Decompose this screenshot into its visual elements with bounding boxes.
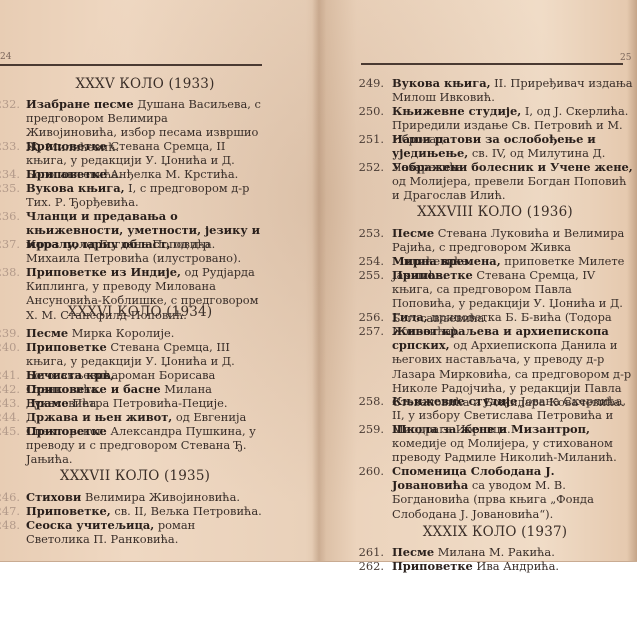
section-title: XXXV КОЛО (1933) [0, 76, 290, 92]
entry-title: Песме [392, 226, 434, 240]
list-item: 259. Школа за жене и Мизантроп, комедије… [362, 422, 634, 465]
entry-title: Песме [392, 545, 434, 559]
entry-number: 240. [0, 340, 20, 354]
entry-number: 261. [358, 545, 384, 559]
entry-title: Приповетке из Индије, [26, 265, 181, 279]
entry-number: 232. [0, 97, 20, 111]
entry-number: 254. [358, 254, 384, 268]
entry-number: 250. [358, 104, 384, 118]
book-spread: 24 XXXV КОЛО (1933) 232. Изабране песме … [0, 0, 637, 562]
entry-details: Милана М. Ракића. [434, 545, 555, 559]
entry-title: Приповетке [26, 139, 107, 153]
entry-number: 238. [0, 265, 20, 279]
entry-title: Вукова књига, [392, 76, 491, 90]
entry-title: Сеоска учитељица, [26, 518, 154, 532]
entry-number: 235. [0, 181, 20, 195]
entry-number: 236. [0, 209, 20, 223]
entry-details: од Молијера, превели Богдан Поповић и Др… [392, 174, 626, 202]
entry-number: 262. [358, 559, 384, 573]
entry-details: Анђелка М. Крстића. [107, 167, 238, 181]
entry-number: 237. [0, 237, 20, 251]
entry-title: Приповетке и басне [26, 382, 161, 396]
header-rule [0, 64, 262, 66]
entry-number: 251. [358, 132, 384, 146]
entry-number: 247. [0, 504, 20, 518]
entry-details: Ива Андрића. [473, 559, 559, 573]
entry-number: 243. [0, 396, 20, 410]
list-item: 260. Споменица Слободана Ј. Јовановића с… [362, 464, 634, 521]
entry-title: Драме [26, 396, 69, 410]
entry-number: 256. [358, 310, 384, 324]
entry-number: 260. [358, 464, 384, 478]
list-item: 261. Песме Милана М. Ракића. [362, 545, 634, 559]
entry-title: Нечиста крв, [26, 368, 114, 382]
list-item: 239. Песме Мирка Королије. [0, 326, 262, 340]
entry-title: Приповетке [392, 559, 473, 573]
left-page-number: 24 [0, 52, 11, 62]
entry-title: Стихови [26, 490, 81, 504]
entry-number: 241. [0, 368, 20, 382]
left-page: 24 XXXV КОЛО (1933) 232. Изабране песме … [0, 0, 310, 561]
list-item: 247. Приповетке, св. II, Вељка Петровића… [0, 504, 262, 518]
list-item: 246. Стихови Велимира Живојиновића. [0, 490, 262, 504]
entry-number: 239. [0, 326, 20, 340]
entry-number: 245. [0, 424, 20, 438]
list-item: 235. Вукова књига, I, с предговором д-р … [0, 181, 262, 209]
list-item: 252. Уображени болесник и Учене жене, од… [362, 160, 634, 203]
entry-title: Вукова књига, [26, 181, 125, 195]
entry-number: 249. [358, 76, 384, 90]
entry-title: Уображени болесник и Учене жене, [392, 160, 633, 174]
entry-title: Приповетке [26, 340, 107, 354]
entry-number: 252. [358, 160, 384, 174]
entry-title: Школа за жене и Мизантроп, [392, 422, 590, 436]
section-title: XXXIX КОЛО (1937) [360, 524, 630, 540]
list-item: 234. Приповетке Анђелка М. Крстића. [0, 167, 262, 181]
entry-title: Мирна времена, [392, 254, 501, 268]
section-title: XXXVI КОЛО (1934) [0, 304, 280, 320]
list-item: 249. Вукова књига, II. Приређивач издања… [362, 76, 634, 104]
entry-title: Књижевне студије [392, 394, 517, 408]
entry-title: Изабране песме [26, 97, 134, 111]
entry-title: Књижевне студије, [392, 104, 521, 118]
list-item: 237. Кроз поларну област, од д-р Михаила… [0, 237, 262, 265]
entry-number: 259. [358, 422, 384, 436]
right-page: 25 249. Вукова књига, II. Приређивач изд… [330, 0, 630, 561]
entry-number: 244. [0, 410, 20, 424]
entry-number: 258. [358, 394, 384, 408]
entry-title: Приповетке [26, 167, 107, 181]
book-gutter [312, 0, 326, 561]
entry-details: комедије од Молијера, у стихованом прево… [392, 436, 617, 464]
header-rule [361, 63, 623, 65]
entry-number: 253. [358, 226, 384, 240]
entry-title: Држава и њен живот, [26, 410, 172, 424]
section-title: XXXVIII КОЛО (1936) [360, 204, 630, 220]
entry-number: 234. [0, 167, 20, 181]
entry-title: Приповетке [392, 268, 473, 282]
right-page-number: 25 [620, 53, 631, 63]
list-item: 262. Приповетке Ива Андрића. [362, 559, 634, 573]
entry-number: 242. [0, 382, 20, 396]
entry-title: Песме [26, 326, 68, 340]
entry-details: Велимира Живојиновића. [81, 490, 240, 504]
entry-details: Мирка Королије. [68, 326, 174, 340]
entry-number: 233. [0, 139, 20, 153]
entry-number: 248. [0, 518, 20, 532]
entry-number: 246. [0, 490, 20, 504]
entry-title: Кроз поларну област, [26, 237, 171, 251]
list-item: 243. Драме Петра Петровића-Пеције. [0, 396, 262, 410]
entry-title: Приповетке, [26, 504, 111, 518]
entry-number: 255. [358, 268, 384, 282]
section-title: XXXVII КОЛО (1935) [0, 468, 270, 484]
entry-number: 257. [358, 324, 384, 338]
entry-title: Гила, [392, 310, 428, 324]
list-item: 245. Приповетке Александра Пушкина, у пр… [0, 424, 262, 467]
entry-details: Петра Петровића-Пеције. [69, 396, 228, 410]
entry-title: Приповетке [26, 424, 107, 438]
list-item: 248. Сеоска учитељица, роман Светолика П… [0, 518, 262, 546]
entry-details: св. II, Вељка Петровића. [111, 504, 262, 518]
